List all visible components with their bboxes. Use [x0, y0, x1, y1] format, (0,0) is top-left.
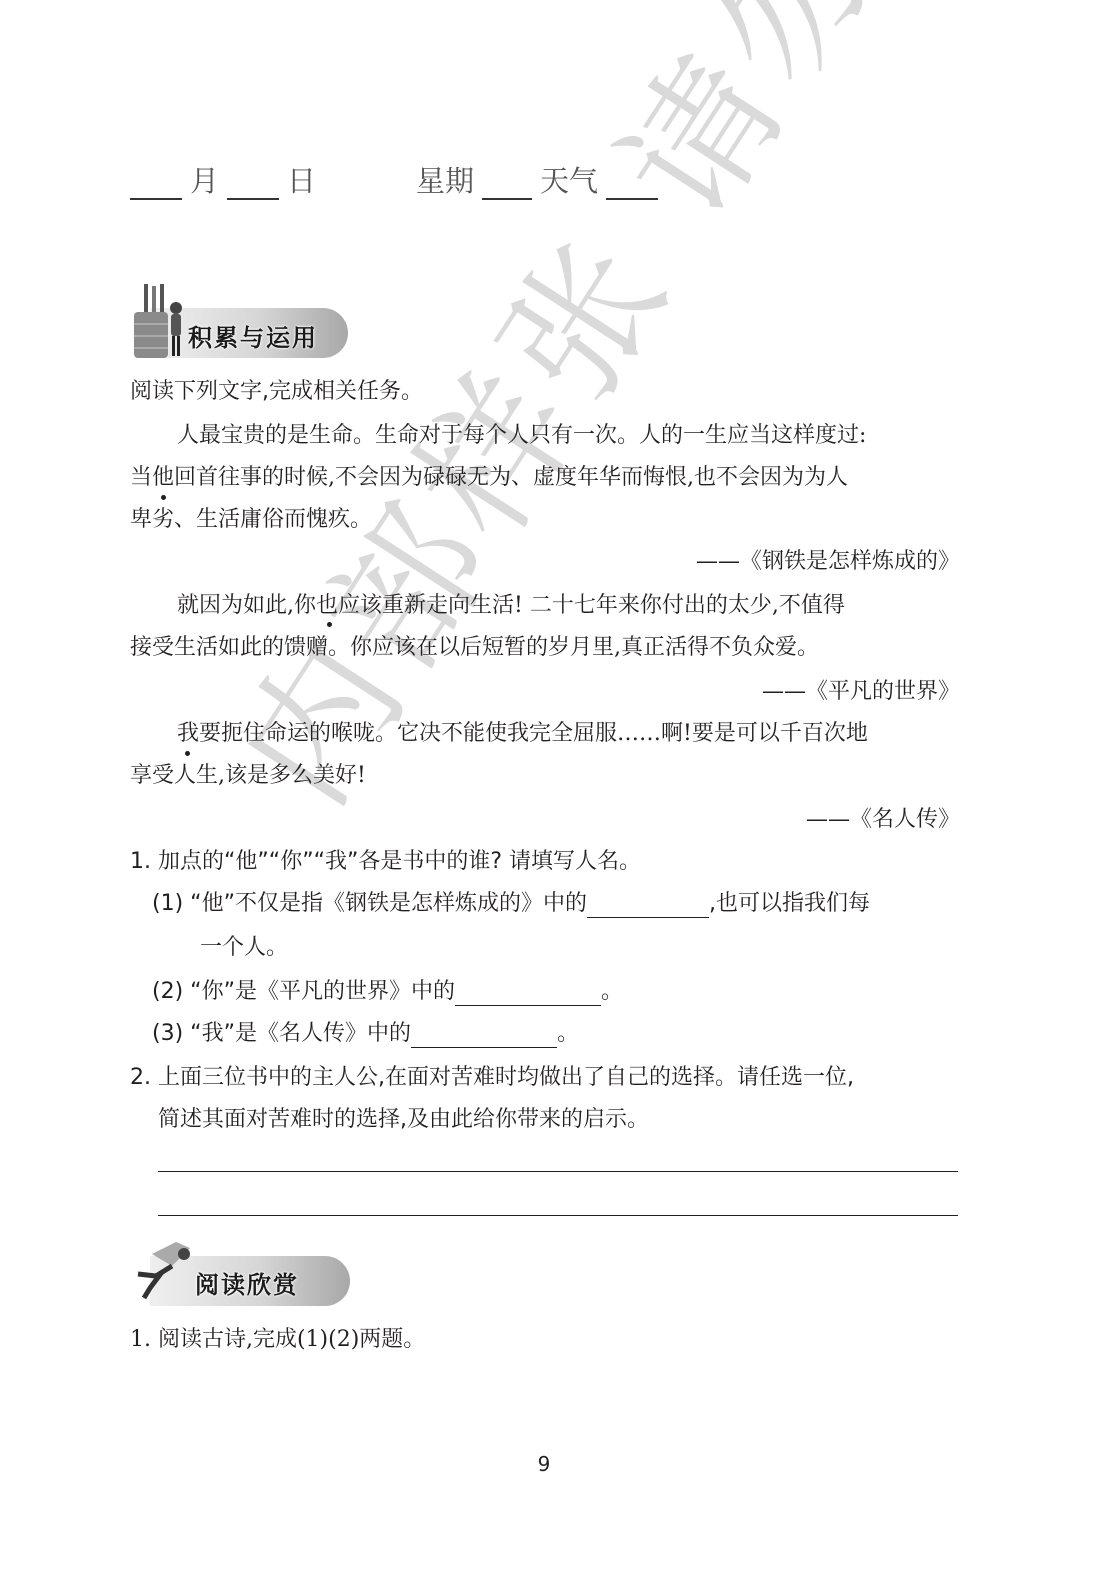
- answer-blank-2[interactable]: [455, 981, 601, 1006]
- sub-label: (3): [152, 1021, 183, 1046]
- reading-question-1: 1. 阅读古诗,完成(1)(2)两题。: [130, 1326, 425, 1354]
- sub-text: “我”是《名人传》中的: [190, 1021, 411, 1046]
- sub-question-1: (1) “他”不仅是指《钢铁是怎样炼成的》中的,也可以指我们每: [152, 890, 870, 918]
- answer-line-2[interactable]: [158, 1215, 958, 1216]
- question-number: 2.: [130, 1065, 151, 1090]
- answer-blank-1[interactable]: [587, 893, 709, 918]
- question-number: 1.: [130, 849, 151, 874]
- question-text-line-1: 上面三位书中的主人公,在面对苦难时均做出了自己的选择。请任选一位,: [158, 1065, 854, 1090]
- emphasis-dot: [327, 622, 332, 627]
- passage-2-source: ——《平凡的世界》: [762, 678, 960, 706]
- weekday-label: 星期: [416, 159, 474, 200]
- day-blank[interactable]: [227, 168, 279, 200]
- passage-1-line-3: 卑劣、生活庸俗而愧疚。: [130, 506, 372, 534]
- sub-question-3: (3) “我”是《名人传》中的。: [152, 1020, 579, 1048]
- page-number: 9: [0, 1452, 1088, 1476]
- passage-3-line-1: 我要扼住命运的喉咙。它决不能使我完全屈服……啊!要是可以千百次地: [177, 720, 868, 748]
- month-label: 月: [190, 159, 219, 200]
- passage-1-source: ——《钢铁是怎样炼成的》: [696, 548, 960, 576]
- passage-2-line-1: 就因为如此,你也应该重新走向生活! 二十七年来你付出的太少,不值得: [177, 592, 845, 620]
- sub-text-after: 。: [557, 1021, 579, 1046]
- flying-reader-icon: [132, 1236, 194, 1302]
- question-2-line-2: 简述其面对苦难时的选择,及由此给你带来的启示。: [158, 1106, 649, 1134]
- weather-label: 天气: [540, 159, 598, 200]
- section-title-accumulation: 积累与运用: [188, 318, 318, 353]
- question-text: 加点的“他”“你”“我”各是书中的谁? 请填写人名。: [158, 849, 641, 874]
- emphasis-dot: [161, 495, 166, 500]
- instruction: 阅读下列文字,完成相关任务。: [130, 378, 423, 406]
- question-2: 2. 上面三位书中的主人公,在面对苦难时均做出了自己的选择。请任选一位,: [130, 1064, 854, 1092]
- day-label: 日: [287, 159, 316, 200]
- sub-label: (2): [152, 979, 183, 1004]
- date-line: 月 日 星期 天气: [130, 160, 666, 200]
- sub-question-1-cont: 一个人。: [200, 934, 288, 962]
- month-blank[interactable]: [130, 168, 182, 200]
- pencil-cup-girl-icon: [130, 284, 186, 360]
- passage-1-line-2: 当他回首往事的时候,不会因为碌碌无为、虚度年华而悔恨,也不会因为为人: [130, 464, 848, 492]
- sub-label: (1): [152, 891, 183, 916]
- passage-1-line-1: 人最宝贵的是生命。生命对于每个人只有一次。人的一生应当这样度过:: [177, 422, 866, 450]
- answer-blank-3[interactable]: [411, 1023, 557, 1048]
- sub-text: “你”是《平凡的世界》中的: [190, 979, 455, 1004]
- section-title-reading: 阅读欣赏: [195, 1265, 299, 1300]
- sub-text-after: ,也可以指我们每: [709, 891, 870, 916]
- passage-3-source: ——《名人传》: [806, 806, 960, 834]
- passage-3-line-2: 享受人生,该是多么美好!: [130, 762, 366, 790]
- sub-text: “他”不仅是指《钢铁是怎样炼成的》中的: [190, 891, 587, 916]
- sub-text-after: 。: [601, 979, 623, 1004]
- weekday-blank[interactable]: [482, 168, 532, 200]
- passage-2-line-2: 接受生活如此的馈赠。你应该在以后短暂的岁月里,真正活得不负众爱。: [130, 634, 819, 662]
- emphasis-dot: [185, 751, 190, 756]
- sub-question-2: (2) “你”是《平凡的世界》中的。: [152, 978, 623, 1006]
- question-1: 1. 加点的“他”“你”“我”各是书中的谁? 请填写人名。: [130, 848, 641, 876]
- answer-line-1[interactable]: [158, 1171, 958, 1172]
- watermark: 内部样张 请勿外传: [180, 0, 1090, 838]
- workbook-page: 内部样张 请勿外传 月 日 星期 天气 积累与运用 阅读下列文字,完成相关任务。…: [0, 0, 1110, 1571]
- weather-blank[interactable]: [606, 168, 658, 200]
